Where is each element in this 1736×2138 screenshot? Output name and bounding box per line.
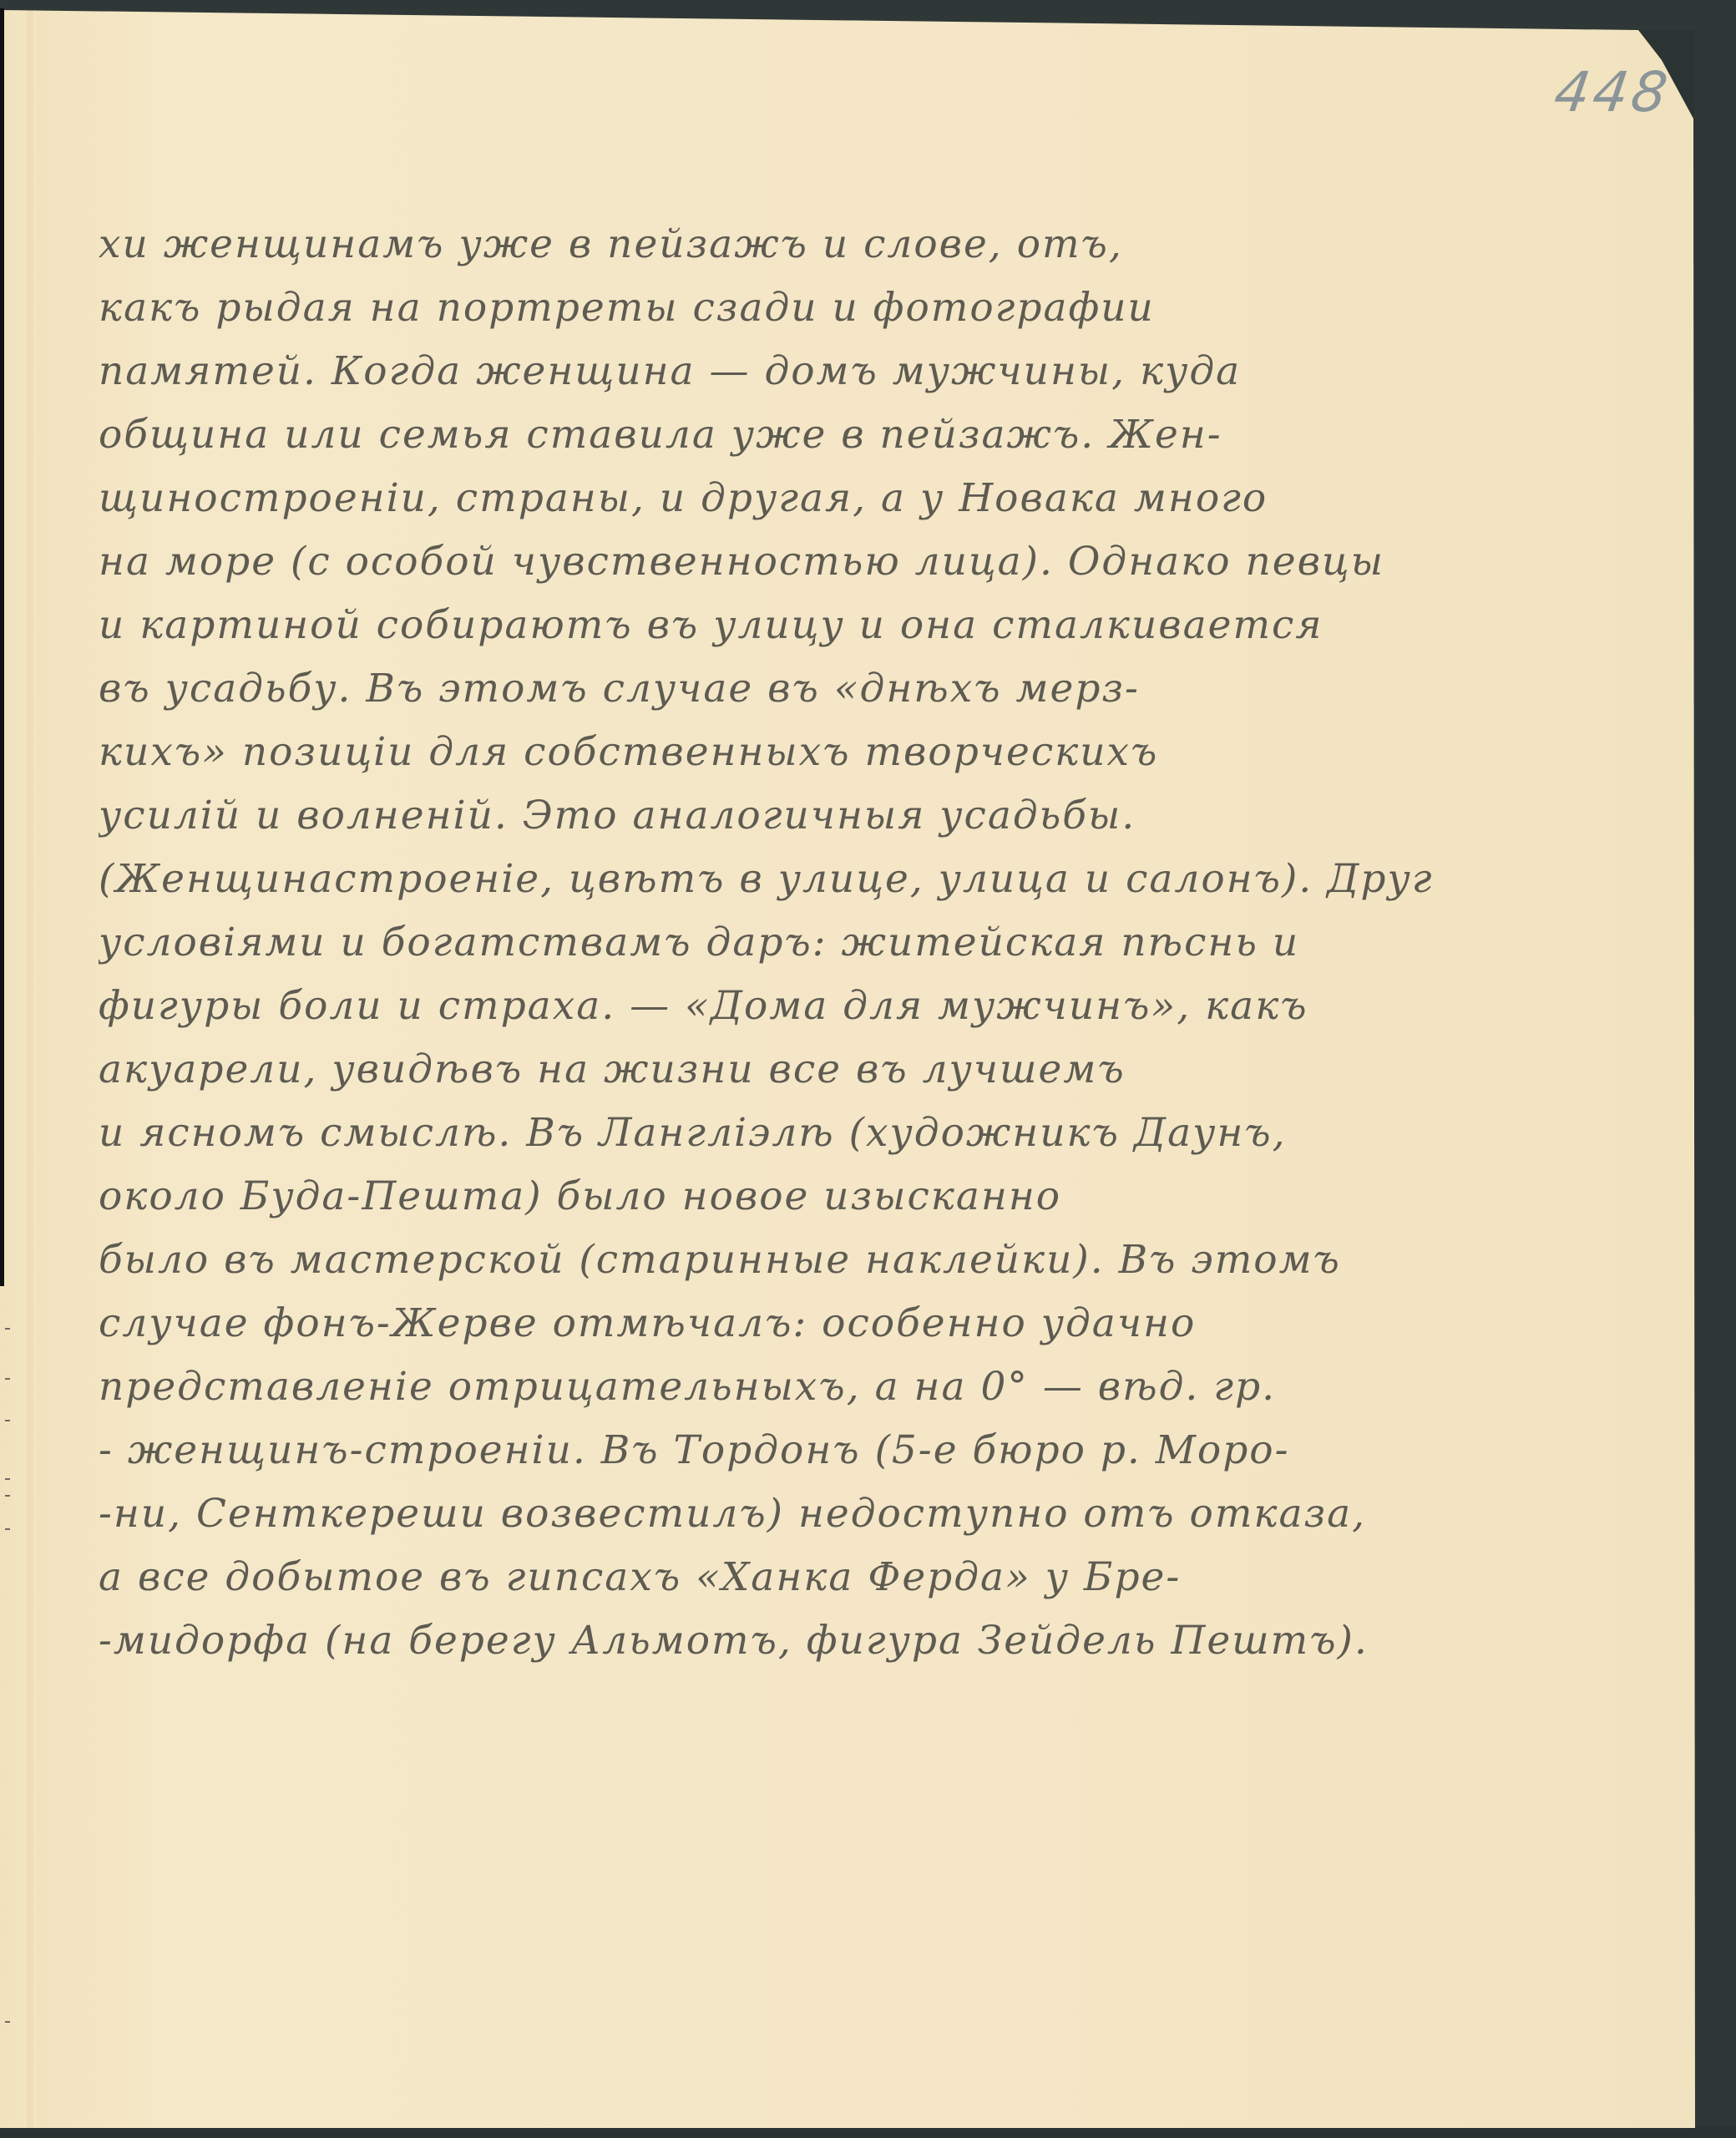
text-line: -ни, Сенткереши возвестилъ) недоступно о… — [99, 1482, 1677, 1546]
text-line: а все добытое въ гипсахъ «Ханка Ферда» у… — [99, 1546, 1677, 1609]
text-line: щиностроеніи, страны, и другая, а у Нова… — [99, 467, 1677, 530]
margin-mark — [5, 2021, 10, 2023]
text-line: и ясномъ смыслѣ. Въ Лангліэлѣ (художникъ… — [99, 1102, 1677, 1165]
text-line: какъ рыдая на портреты сзади и фотографи… — [99, 276, 1677, 340]
text-line: усилій и волненій. Это аналогичныя усадь… — [99, 784, 1677, 848]
text-line: представленіе отрицательныхъ, а на 0° — … — [99, 1355, 1677, 1419]
text-line: -мидорфа (на берегу Альмотъ, фигура Зейд… — [99, 1609, 1677, 1673]
margin-mark — [5, 1528, 10, 1530]
margin-mark — [5, 1495, 10, 1497]
text-line: община или семья ставила уже в пейзажъ. … — [99, 403, 1677, 467]
manuscript-text: хи женщинамъ уже в пейзажъ и слове, отъ,… — [99, 213, 1677, 1673]
left-margin-ink-marks — [5, 1286, 22, 2038]
margin-mark — [5, 1328, 10, 1330]
text-line: около Буда-Пешта) было новое изысканно — [99, 1165, 1677, 1229]
margin-mark — [5, 1378, 10, 1380]
text-line: - женщинъ-строеніи. Въ Тордонъ (5-е бюро… — [99, 1419, 1677, 1482]
text-line: въ усадьбу. Въ этомъ случае въ «днѣхъ ме… — [99, 657, 1677, 721]
text-line: было въ мастерской (старинные наклейки).… — [99, 1229, 1677, 1292]
text-line: хи женщинамъ уже в пейзажъ и слове, отъ, — [99, 213, 1677, 276]
scan-background-bottom — [0, 2126, 1736, 2138]
text-line: и картиной собираютъ въ улицу и она стал… — [99, 594, 1677, 657]
text-line: акуарели, увидѣвъ на жизни все въ лучшем… — [99, 1038, 1677, 1102]
text-line: случае фонъ-Жерве отмѣчалъ: особенно уда… — [99, 1292, 1677, 1355]
page-number: 448 — [1551, 60, 1675, 124]
margin-mark — [5, 1420, 10, 1421]
text-line: условіями и богатствамъ даръ: житейская … — [99, 911, 1677, 975]
text-line: кихъ» позиціи для собственныхъ творчески… — [99, 721, 1677, 784]
text-line: на море (с особой чувственностью лица). … — [99, 530, 1677, 594]
text-line: фигуры боли и страха. — «Дома для мужчин… — [99, 975, 1677, 1038]
scan-background-right — [1694, 0, 1736, 2138]
text-line: (Женщинастроеніе, цвѣтъ в улице, улица и… — [99, 848, 1677, 911]
page-fold-line — [27, 10, 33, 2128]
margin-mark — [5, 1478, 10, 1480]
left-edge-binding-strip — [0, 8, 4, 1286]
text-line: памятей. Когда женщина — домъ мужчины, к… — [99, 340, 1677, 403]
